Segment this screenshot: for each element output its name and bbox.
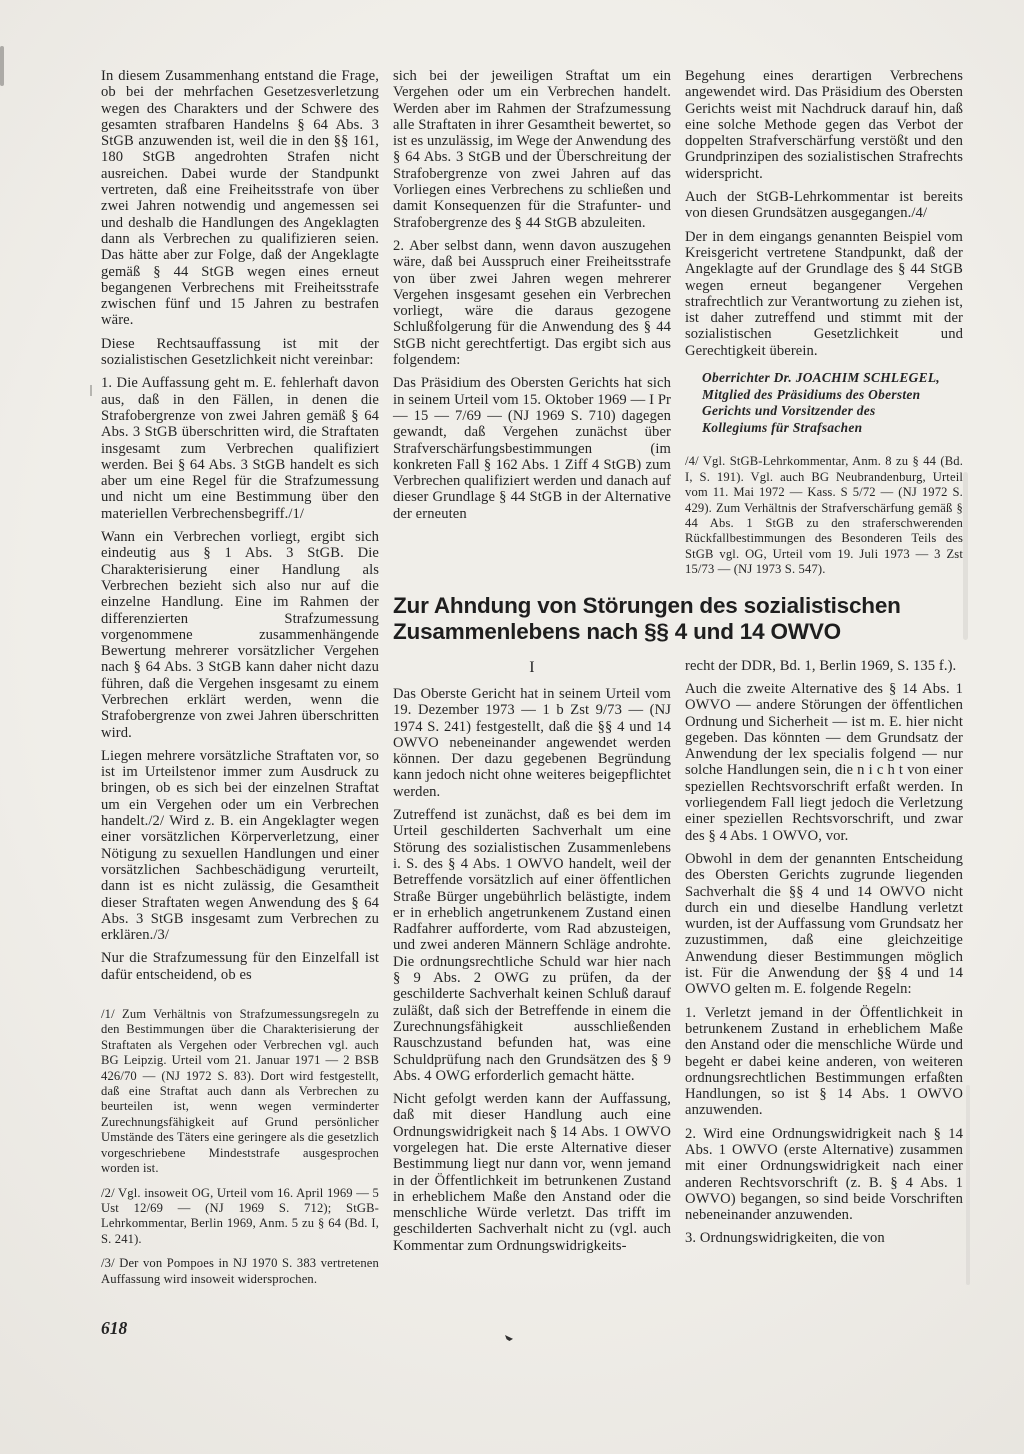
paragraph: 1. Die Auffassung geht m. E. fehlerhaft …	[101, 375, 379, 522]
paragraph: Das Oberste Gericht hat in seinem Urteil…	[393, 686, 671, 800]
paragraph: Liegen mehrere vorsätzliche Straftaten v…	[101, 748, 379, 944]
paragraph: 1. Verletzt jemand in der Öffentlichkeit…	[685, 1005, 963, 1119]
column-2-top: sich bei der jeweiligen Straftat um ein …	[393, 68, 671, 578]
footnote-3: /3/ Der von Pompoes in NJ 1970 S. 383 ve…	[101, 1256, 379, 1287]
scanned-journal-page: In diesem Zusammenhang entstand die Frag…	[0, 0, 1024, 1454]
paragraph: Der in dem eingangs genannten Beispiel v…	[685, 229, 963, 359]
column-1: In diesem Zusammenhang entstand die Frag…	[101, 68, 379, 1287]
scan-artifact	[966, 1085, 970, 1285]
article-title-line-2: Zusammenlebens nach §§ 4 und 14 OWVO	[393, 619, 963, 646]
scan-artifact	[963, 472, 968, 640]
paragraph: Wann ein Verbrechen vorliegt, ergibt sic…	[101, 529, 379, 741]
paragraph: 2. Wird eine Ordnungswidrigkeit nach § 1…	[685, 1126, 963, 1224]
footnote-4: /4/ Vgl. StGB-Lehrkommentar, Anm. 8 zu §…	[685, 454, 963, 577]
article-title: Zur Ahndung von Störungen des sozialisti…	[393, 593, 963, 646]
footnote-1: /1/ Zum Verhältnis von Strafzumessungsre…	[101, 1007, 379, 1176]
paragraph: 3. Ordnungswidrigkeiten, die von	[685, 1230, 963, 1246]
author-line: Mitglied des Präsidiums des Obersten	[702, 387, 963, 404]
paragraph: In diesem Zusammenhang entstand die Frag…	[101, 68, 379, 329]
paragraph: Auch die zweite Alternative des § 14 Abs…	[685, 681, 963, 844]
footnotes-block: /1/ Zum Verhältnis von Strafzumessungsre…	[101, 1007, 379, 1287]
paragraph: Nur die Strafzumessung für den Einzelfal…	[101, 950, 379, 983]
new-article-row: I Das Oberste Gericht hat in seinem Urte…	[393, 658, 963, 1254]
paragraph: Auch der StGB-Lehrkommentar ist bereits …	[685, 189, 963, 222]
paragraph: Das Präsidium des Obersten Gerichts hat …	[393, 375, 671, 522]
author-line: Kollegiums für Strafsachen	[702, 420, 963, 437]
columns-2-3-wrap: sich bei der jeweiligen Straftat um ein …	[393, 68, 963, 1287]
paragraph: sich bei der jeweiligen Straftat um ein …	[393, 68, 671, 231]
article-title-line-1: Zur Ahndung von Störungen des sozialisti…	[393, 593, 963, 620]
page-number: 618	[101, 1318, 127, 1339]
column-3-bottom: recht der DDR, Bd. 1, Berlin 1969, S. 13…	[685, 658, 963, 1254]
printers-mark	[505, 1334, 513, 1341]
paragraph: Obwohl in dem der genannten Entscheidung…	[685, 851, 963, 998]
page-content: In diesem Zusammenhang entstand die Frag…	[101, 68, 963, 1287]
footnote-2: /2/ Vgl. insoweit OG, Urteil vom 16. Apr…	[101, 1186, 379, 1248]
author-line: Gerichts und Vorsitzender des	[702, 403, 963, 420]
column-2-bottom: I Das Oberste Gericht hat in seinem Urte…	[393, 658, 671, 1254]
author-line: Oberrichter Dr. JOACHIM SCHLEGEL,	[702, 370, 963, 387]
author-block: Oberrichter Dr. JOACHIM SCHLEGEL, Mitgli…	[685, 370, 963, 436]
paragraph: Nicht gefolgt werden kann der Auffassung…	[393, 1091, 671, 1254]
section-marker: I	[393, 660, 671, 676]
prev-article-top-row: sich bei der jeweiligen Straftat um ein …	[393, 68, 963, 578]
scan-artifact	[0, 46, 4, 86]
column-3-top: Begehung eines derartigen Verbrechens an…	[685, 68, 963, 578]
paragraph: Diese Rechtsauffassung ist mit der sozia…	[101, 336, 379, 369]
paragraph: Zutreffend ist zunächst, daß es bei dem …	[393, 807, 671, 1084]
paragraph: 2. Aber selbst dann, wenn davon auszugeh…	[393, 238, 671, 368]
paragraph: recht der DDR, Bd. 1, Berlin 1969, S. 13…	[685, 658, 963, 674]
scan-artifact	[90, 385, 92, 396]
paragraph: Begehung eines derartigen Verbrechens an…	[685, 68, 963, 182]
